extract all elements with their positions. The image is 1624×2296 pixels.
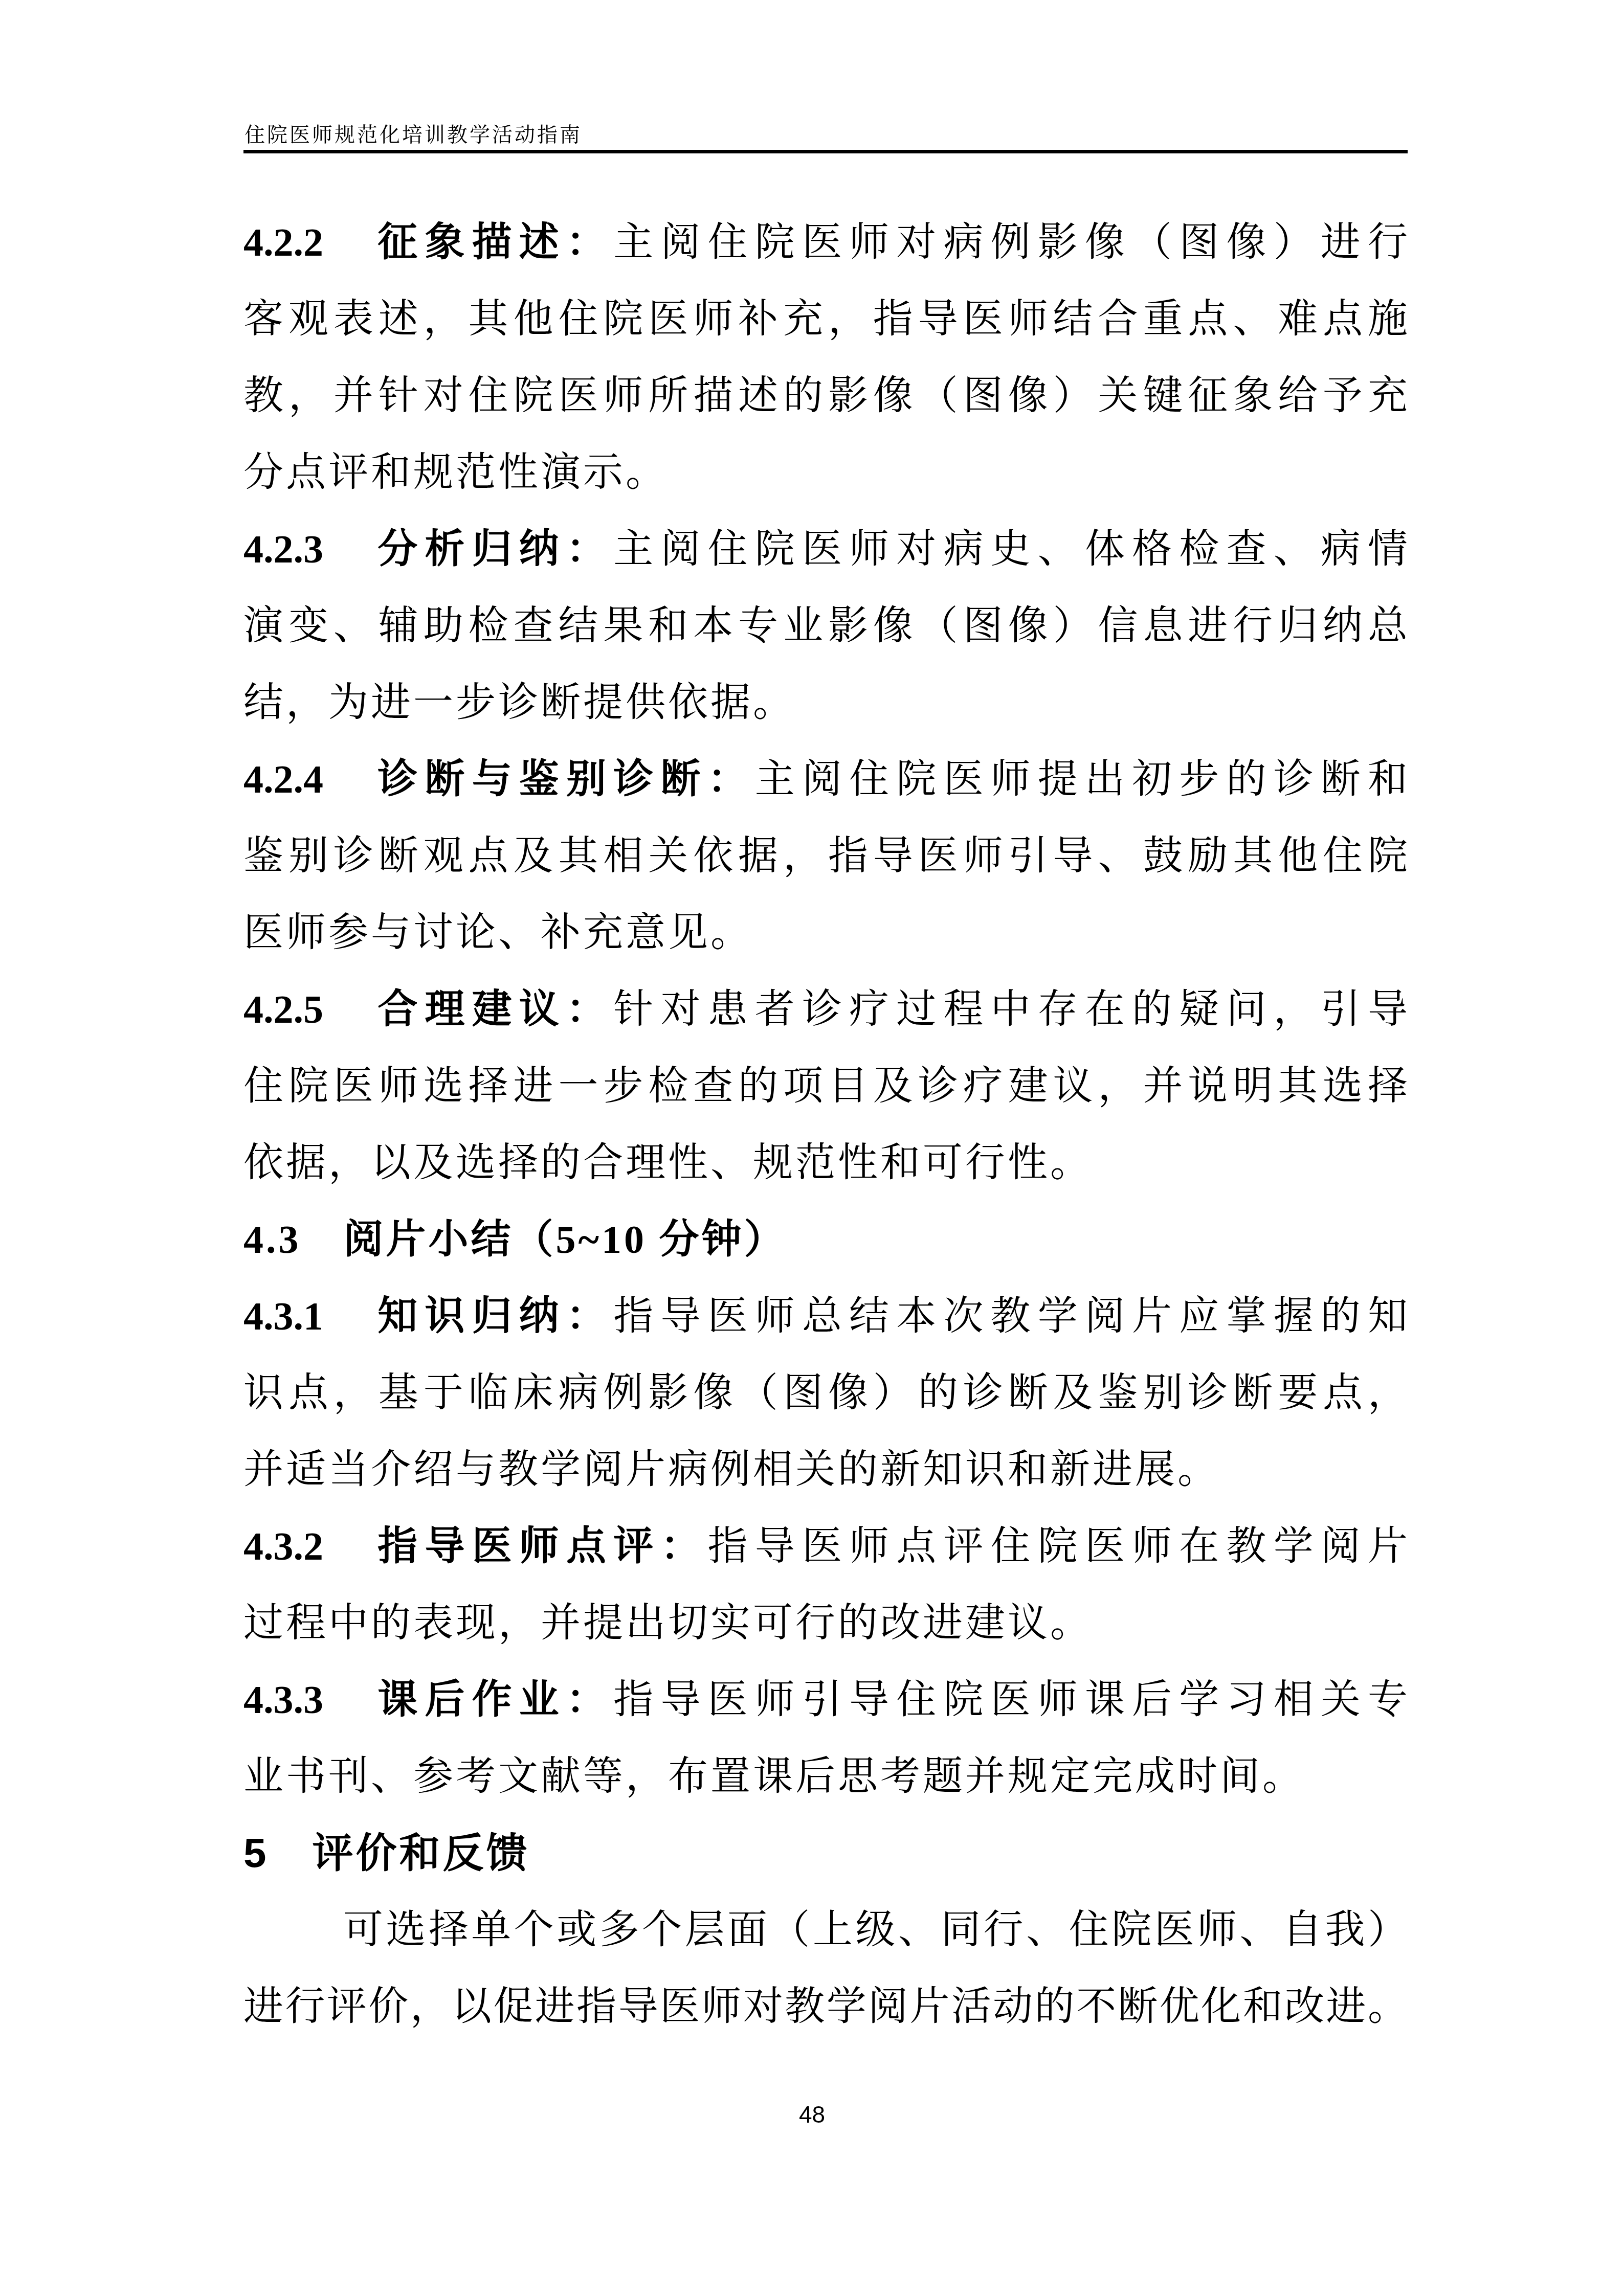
body-text: 教，并针对住院医师所描述的影像（图像）关键征象给予充 [243, 373, 1408, 418]
body-text: 过程中的表现，并提出切实可行的改进建议。 [243, 1601, 1093, 1645]
text-line: 演变、辅助检查结果和本专业影像（图像）信息进行归纳总 [243, 588, 1408, 664]
body-text: 客观表述，其他住院医师补充，指导医师结合重点、难点施 [243, 297, 1408, 341]
body-text: 针对患者诊疗过程中存在的疑问，引导 [613, 987, 1408, 1031]
text-line-section-4-3-3: 4.3.3 课后作业：指导医师引导住院医师课后学习相关专 [243, 1661, 1408, 1738]
text-line-section-4-2-5: 4.2.5 合理建议：针对患者诊疗过程中存在的疑问，引导 [243, 971, 1408, 1048]
text-line: 医师参与讨论、补充意见。 [243, 894, 1408, 971]
section-number-and-heading: 4.3.3 课后作业： [243, 1677, 613, 1722]
body-text: 指导医师点评住院医师在教学阅片 [708, 1524, 1408, 1568]
text-line: 客观表述，其他住院医师补充，指导医师结合重点、难点施 [243, 281, 1408, 357]
body-text: 可选择单个或多个层面（上级、同行、住院医师、自我） [343, 1907, 1408, 1952]
body-text: 主阅住院医师对病史、体格检查、病情 [613, 527, 1408, 571]
body-text: 主阅住院医师提出初步的诊断和 [755, 757, 1408, 801]
body-text: 住院医师选择进一步检查的项目及诊疗建议，并说明其选择 [243, 1064, 1408, 1108]
text-line: 识点，基于临床病例影像（图像）的诊断及鉴别诊断要点， [243, 1355, 1408, 1431]
text-line-section-4-3-heading: 4.3 阅片小结（5~10 分钟） [243, 1201, 1408, 1278]
section-number-and-heading: 4.3.1 知识归纳： [243, 1294, 613, 1338]
body-text: 主阅住院医师对病例影像（图像）进行 [613, 220, 1408, 264]
running-header: 住院医师规范化培训教学活动指南 [244, 119, 582, 148]
text-line-section-4-2-4: 4.2.4 诊断与鉴别诊断：主阅住院医师提出初步的诊断和 [243, 741, 1408, 818]
text-line: 进行评价，以促进指导医师对教学阅片活动的不断优化和改进。 [243, 1968, 1408, 2045]
section-number-and-heading: 4.2.2 征象描述： [243, 220, 613, 264]
body-text: 演变、辅助检查结果和本专业影像（图像）信息进行归纳总 [243, 603, 1408, 648]
body-text: 并适当介绍与教学阅片病例相关的新知识和新进展。 [243, 1447, 1220, 1492]
text-line: 住院医师选择进一步检查的项目及诊疗建议，并说明其选择 [243, 1048, 1408, 1124]
body-text: 指导医师总结本次教学阅片应掌握的知 [613, 1294, 1408, 1338]
text-line-section-4-2-2: 4.2.2 征象描述：主阅住院医师对病例影像（图像）进行 [243, 204, 1408, 281]
text-line: 过程中的表现，并提出切实可行的改进建议。 [243, 1585, 1408, 1661]
header-rule [243, 150, 1408, 153]
body-text: 依据，以及选择的合理性、规范性和可行性。 [243, 1140, 1093, 1185]
text-line-section-4-3-2: 4.3.2 指导医师点评：指导医师点评住院医师在教学阅片 [243, 1508, 1408, 1585]
body-text: 业书刊、参考文献等，布置课后思考题并规定完成时间。 [243, 1754, 1305, 1798]
section-number-and-heading: 4.2.5 合理建议： [243, 987, 613, 1031]
text-line-section-5-heading: 5 评价和反馈 [243, 1815, 1408, 1892]
section-number-and-heading: 4.3.2 指导医师点评： [243, 1524, 708, 1568]
text-line-section-4-3-1: 4.3.1 知识归纳：指导医师总结本次教学阅片应掌握的知 [243, 1278, 1408, 1355]
body-text: 医师参与讨论、补充意见。 [243, 910, 753, 955]
page: 住院医师规范化培训教学活动指南 4.2.2 征象描述：主阅住院医师对病例影像（图… [0, 0, 1624, 2296]
text-line: 并适当介绍与教学阅片病例相关的新知识和新进展。 [243, 1431, 1408, 1508]
section-number-and-heading: 4.3 阅片小结（5~10 分钟） [243, 1217, 787, 1262]
page-number: 48 [0, 2101, 1624, 2128]
text-line: 教，并针对住院医师所描述的影像（图像）关键征象给予充 [243, 357, 1408, 434]
text-line: 可选择单个或多个层面（上级、同行、住院医师、自我） [243, 1892, 1408, 1968]
body-text: 鉴别诊断观点及其相关依据，指导医师引导、鼓励其他住院 [243, 834, 1408, 878]
section-number-and-heading: 5 评价和反馈 [243, 1830, 530, 1876]
body-text: 指导医师引导住院医师课后学习相关专 [613, 1677, 1408, 1722]
body-text: 分点评和规范性演示。 [243, 450, 668, 494]
text-line: 业书刊、参考文献等，布置课后思考题并规定完成时间。 [243, 1738, 1408, 1815]
body-text: 识点，基于临床病例影像（图像）的诊断及鉴别诊断要点， [243, 1370, 1408, 1415]
text-line: 鉴别诊断观点及其相关依据，指导医师引导、鼓励其他住院 [243, 818, 1408, 894]
body-text: 进行评价，以促进指导医师对教学阅片活动的不断优化和改进。 [243, 1984, 1408, 2029]
section-number-and-heading: 4.2.3 分析归纳： [243, 527, 613, 571]
text-line-section-4-2-3: 4.2.3 分析归纳：主阅住院医师对病史、体格检查、病情 [243, 511, 1408, 588]
document-body: 4.2.2 征象描述：主阅住院医师对病例影像（图像）进行 客观表述，其他住院医师… [243, 204, 1408, 2045]
body-text: 结，为进一步诊断提供依据。 [243, 680, 795, 725]
text-line: 分点评和规范性演示。 [243, 434, 1408, 511]
text-line: 结，为进一步诊断提供依据。 [243, 664, 1408, 741]
section-number-and-heading: 4.2.4 诊断与鉴别诊断： [243, 757, 755, 801]
text-line: 依据，以及选择的合理性、规范性和可行性。 [243, 1124, 1408, 1201]
